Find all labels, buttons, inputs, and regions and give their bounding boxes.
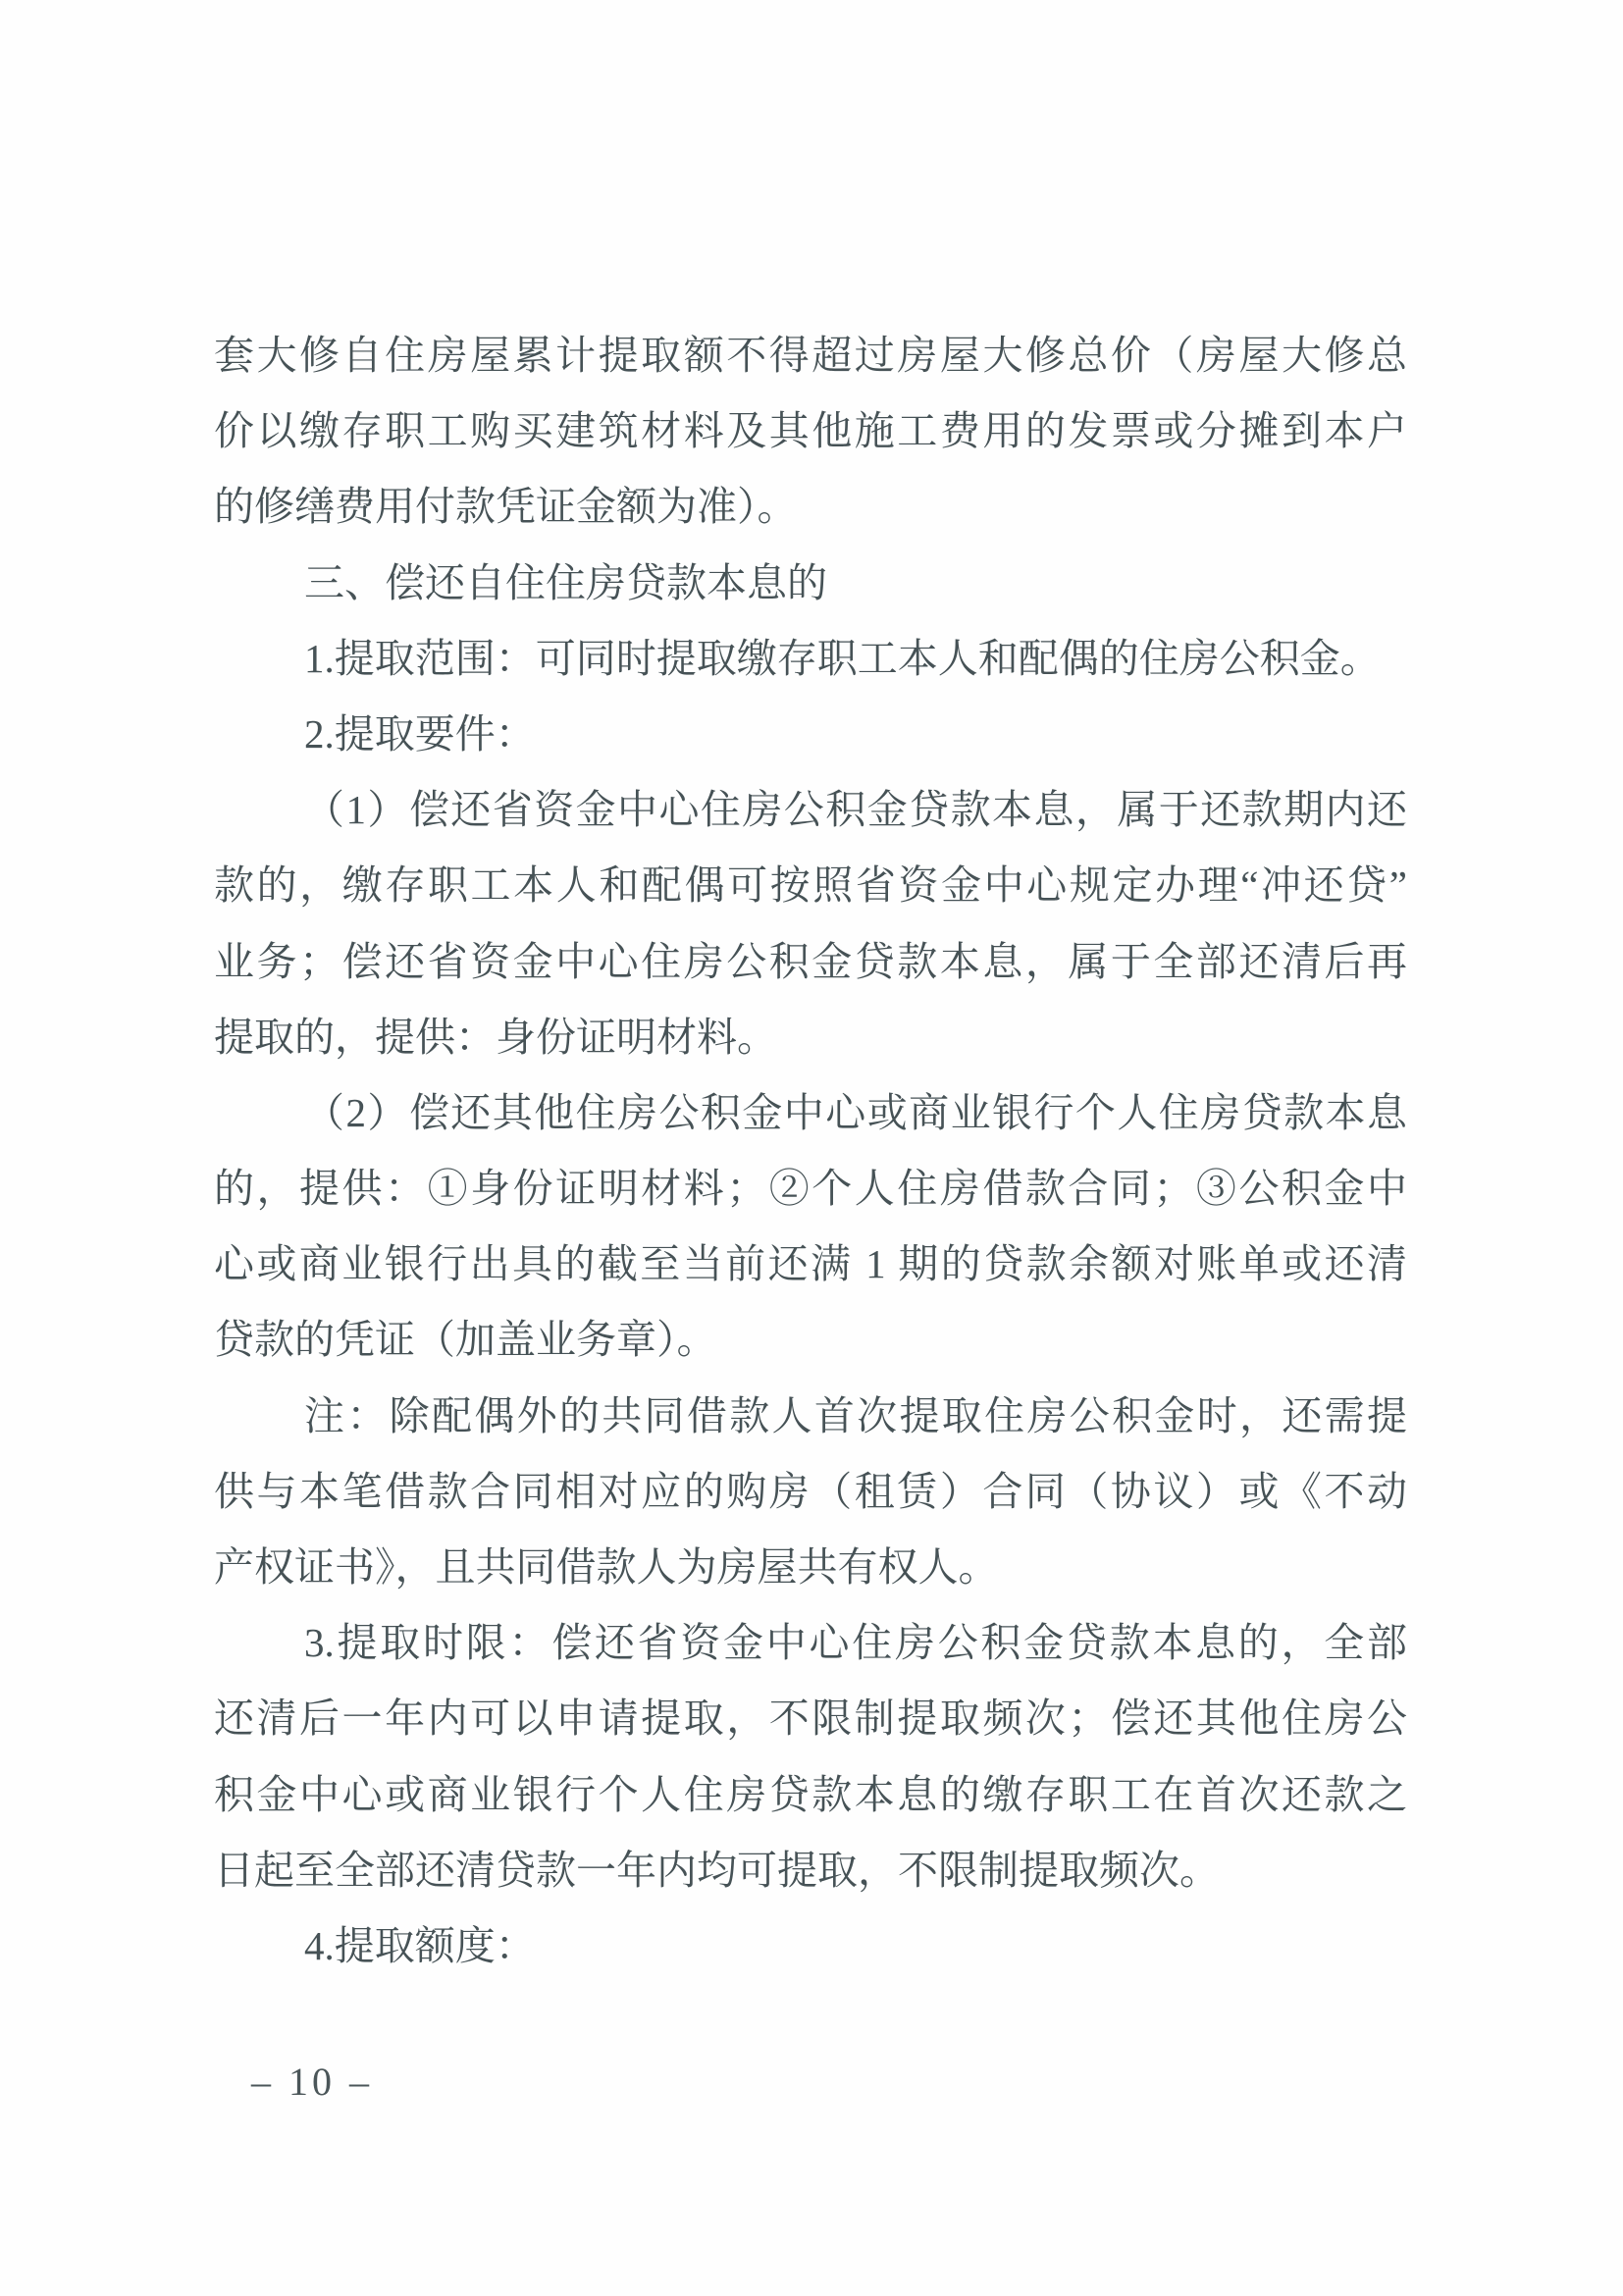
text-line: 日起至全部还清贷款一年内均可提取，不限制提取频次。 [214, 1833, 1407, 1908]
text-line: 注：除配偶外的共同借款人首次提取住房公积金时，还需提 [214, 1379, 1407, 1454]
text-line: 业务；偿还省资金中心住房公积金贷款本息，属于全部还清后再 [214, 924, 1407, 1000]
text-line: 产权证书》，且共同借款人为房屋共有权人。 [214, 1530, 1407, 1605]
text-line: 提取的，提供：身份证明材料。 [214, 1000, 1407, 1075]
text-line: 心或商业银行出具的截至当前还满 1 期的贷款余额对账单或还清 [214, 1226, 1407, 1302]
text-line: 贷款的凭证（加盖业务章）。 [214, 1302, 1407, 1378]
section-heading: 三、偿还自住住房贷款本息的 [214, 546, 1407, 621]
text-line: 3.提取时限：偿还省资金中心住房公积金贷款本息的，全部 [214, 1605, 1407, 1681]
text-line: 款的，缴存职工本人和配偶可按照省资金中心规定办理“冲还贷” [214, 848, 1407, 923]
text-line: 4.提取额度： [214, 1908, 1407, 1984]
text-line: 套大修自住房屋累计提取额不得超过房屋大修总价（房屋大修总 [214, 318, 1407, 393]
text-line: 供与本笔借款合同相对应的购房（租赁）合同（协议）或《不动 [214, 1454, 1407, 1530]
text-line: 2.提取要件： [214, 697, 1407, 772]
text-line: （1）偿还省资金中心住房公积金贷款本息，属于还款期内还 [214, 772, 1407, 848]
text-line: 积金中心或商业银行个人住房贷款本息的缴存职工在首次还款之 [214, 1757, 1407, 1833]
text-line: 1.提取范围：可同时提取缴存职工本人和配偶的住房公积金。 [214, 621, 1407, 697]
text-line: 的修缮费用付款凭证金额为准）。 [214, 469, 1407, 545]
text-line: 的，提供：①身份证明材料；②个人住房借款合同；③公积金中 [214, 1151, 1407, 1226]
document-page: 套大修自住房屋累计提取额不得超过房屋大修总价（房屋大修总 价以缴存职工购买建筑材… [0, 0, 1623, 2296]
page-number: – 10 – [251, 2059, 373, 2105]
document-body: 套大修自住房屋累计提取额不得超过房屋大修总价（房屋大修总 价以缴存职工购买建筑材… [214, 318, 1407, 1984]
text-line: 价以缴存职工购买建筑材料及其他施工费用的发票或分摊到本户 [214, 393, 1407, 469]
text-line: （2）偿还其他住房公积金中心或商业银行个人住房贷款本息 [214, 1075, 1407, 1151]
text-line: 还清后一年内可以申请提取，不限制提取频次；偿还其他住房公 [214, 1681, 1407, 1756]
